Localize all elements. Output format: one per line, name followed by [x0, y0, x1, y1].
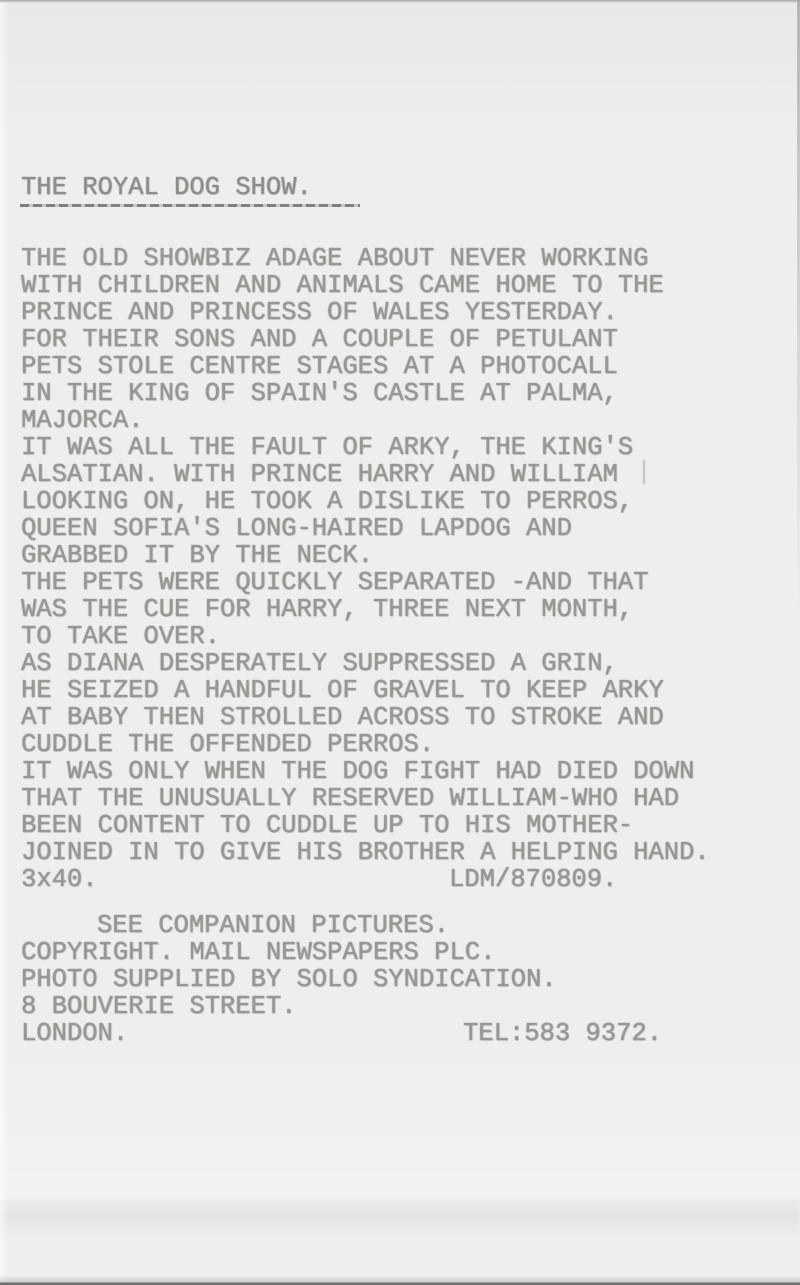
caption-line: AT BABY THEN STROLLED ACROSS TO STROKE A…	[21, 704, 710, 731]
caption-footer: SEE COMPANION PICTURES. COPYRIGHT. MAIL …	[21, 912, 557, 1047]
see-companion-note: SEE COMPANION PICTURES.	[21, 912, 557, 939]
caption-line: QUEEN SOFIA'S LONG-HAIRED LAPDOG AND	[21, 515, 710, 542]
caption-line: IT WAS ALL THE FAULT OF ARKY, THE KING'S	[21, 434, 710, 461]
caption-line: JOINED IN TO GIVE HIS BROTHER A HELPING …	[21, 839, 710, 866]
paper-sheen	[0, 1040, 800, 1200]
caption-line: CUDDLE THE OFFENDED PERROS.	[21, 731, 710, 758]
archive-reference-code: LDM/870809.	[449, 866, 617, 893]
caption-line: WAS THE CUE FOR HARRY, THREE NEXT MONTH,	[21, 596, 710, 623]
page-title: THE ROYAL DOG SHOW.	[21, 173, 312, 202]
paper-edge-bottom	[0, 1275, 800, 1285]
caption-line: THAT THE UNUSUALLY RESERVED WILLIAM-WHO …	[21, 785, 710, 812]
paper-tone-band	[0, 1195, 800, 1237]
street-address-line: 8 BOUVERIE STREET.	[21, 993, 557, 1020]
caption-line: IN THE KING OF SPAIN'S CASTLE AT PALMA,	[21, 380, 710, 407]
caption-line: ALSATIAN. WITH PRINCE HARRY AND WILLIAM	[21, 461, 710, 488]
caption-line: THE PETS WERE QUICKLY SEPARATED -AND THA…	[21, 569, 710, 596]
caption-line: BEEN CONTENT TO CUDDLE UP TO HIS MOTHER-	[21, 812, 710, 839]
photo-supplier-line: PHOTO SUPPLIED BY SOLO SYNDICATION.	[21, 966, 557, 993]
caption-line: LOOKING ON, HE TOOK A DISLIKE TO PERROS,	[21, 488, 710, 515]
caption-line: HE SEIZED A HANDFUL OF GRAVEL TO KEEP AR…	[21, 677, 710, 704]
print-order-code: 3x40.	[21, 865, 98, 894]
caption-line: TO TAKE OVER.	[21, 623, 710, 650]
caption-sheet-scan: THE ROYAL DOG SHOW. THE OLD SHOWBIZ ADAG…	[0, 0, 800, 1285]
caption-line: FOR THEIR SONS AND A COUPLE OF PETULANT	[21, 326, 710, 353]
telephone-number: TEL:583 9372.	[463, 1020, 662, 1047]
paper-edge-left	[0, 0, 9, 1285]
caption-line: GRABBED IT BY THE NECK.	[21, 542, 710, 569]
title-block: THE ROYAL DOG SHOW.	[21, 173, 312, 202]
paper-tone-top	[0, 0, 800, 150]
title-underline	[20, 204, 360, 207]
city-tel-line: LONDON. TEL:583 9372.	[21, 1020, 557, 1047]
caption-line: AS DIANA DESPERATELY SUPPRESSED A GRIN,	[21, 650, 710, 677]
caption-line: WITH CHILDREN AND ANIMALS CAME HOME TO T…	[21, 272, 710, 299]
caption-line: PETS STOLE CENTRE STAGES AT A PHOTOCALL	[21, 353, 710, 380]
city-label: LONDON.	[21, 1019, 128, 1048]
caption-body: THE OLD SHOWBIZ ADAGE ABOUT NEVER WORKIN…	[21, 245, 710, 893]
caption-line: PRINCE AND PRINCESS OF WALES YESTERDAY.	[21, 299, 710, 326]
copyright-line: COPYRIGHT. MAIL NEWSPAPERS PLC.	[21, 939, 557, 966]
paper-crease-artifact	[643, 460, 645, 484]
paper-edge-top	[0, 0, 800, 3]
reference-line: 3x40. LDM/870809.	[21, 866, 710, 893]
caption-line: THE OLD SHOWBIZ ADAGE ABOUT NEVER WORKIN…	[21, 245, 710, 272]
caption-line: MAJORCA.	[21, 407, 710, 434]
caption-line: IT WAS ONLY WHEN THE DOG FIGHT HAD DIED …	[21, 758, 710, 785]
